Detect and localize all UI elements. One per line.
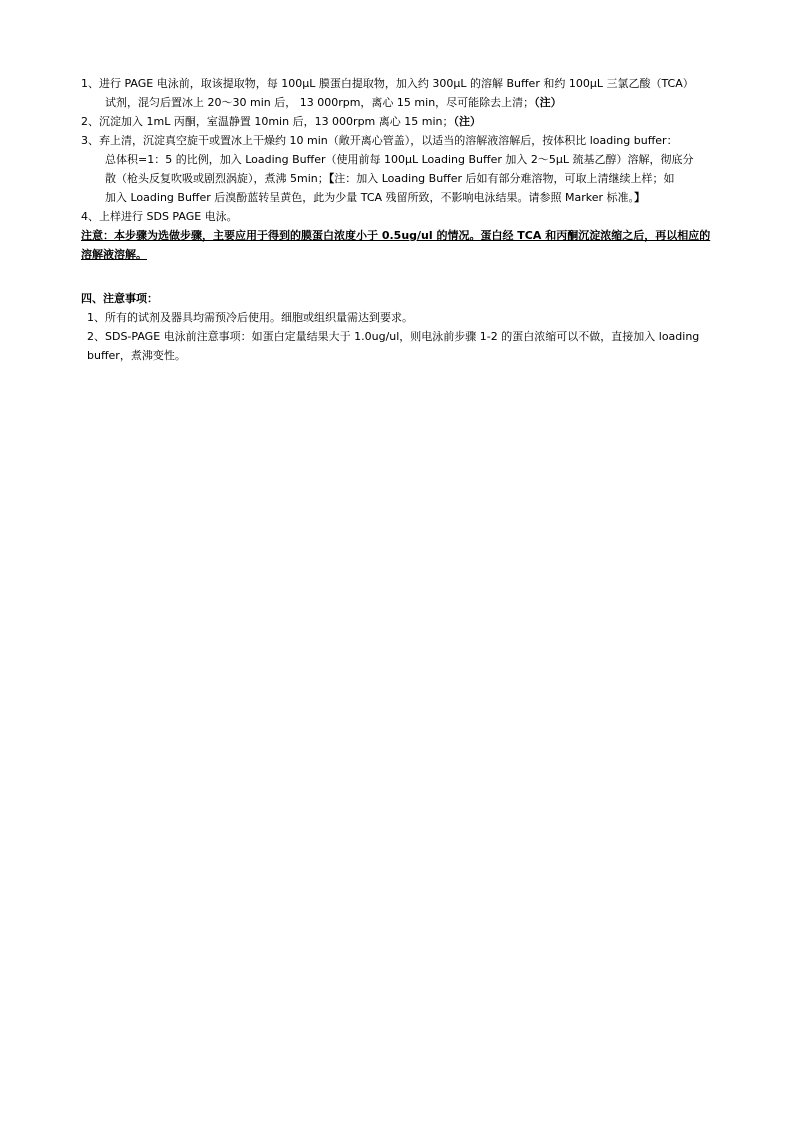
step-1-line-2-text: 试剂，混匀后置冰上 20～30 min 后， 13 000rpm，离心 15 m… bbox=[105, 96, 534, 109]
step-4-line-1: 4、上样进行 SDS PAGE 电泳。 bbox=[81, 207, 721, 226]
step-3-line-3-text: 散（枪头反复吹吸或剧烈涡旋），煮沸 5min； bbox=[105, 172, 329, 185]
document-page: 1、进行 PAGE 电泳前，取该提取物，每 100μL 膜蛋白提取物，加入约 3… bbox=[81, 74, 721, 365]
step-2-text: 2、沉淀加入 1mL 丙酮，室温静置 10min 后，13 000rpm 离心 … bbox=[81, 115, 454, 128]
step-3-line-3: 散（枪头反复吹吸或剧烈涡旋），煮沸 5min；【注：加入 Loading Buf… bbox=[81, 169, 721, 188]
step-1: 1、进行 PAGE 电泳前，取该提取物，每 100μL 膜蛋白提取物，加入约 3… bbox=[81, 74, 721, 112]
optional-step-note: 注意：本步骤为选做步骤，主要应用于得到的膜蛋白浓度小于 0.5ug/ul 的情况… bbox=[81, 226, 721, 264]
step-2: 2、沉淀加入 1mL 丙酮，室温静置 10min 后，13 000rpm 离心 … bbox=[81, 112, 721, 131]
step-3-line-1: 3、弃上清，沉淀真空旋干或置冰上干燥约 10 min（敞开离心管盖），以适当的溶… bbox=[81, 131, 721, 150]
step-1-line-1: 1、进行 PAGE 电泳前，取该提取物，每 100μL 膜蛋白提取物，加入约 3… bbox=[81, 74, 721, 93]
precaution-item-2: 2、SDS-PAGE 电泳前注意事项：如蛋白定量结果大于 1.0ug/ul，则电… bbox=[81, 327, 721, 365]
step-2-line-1: 2、沉淀加入 1mL 丙酮，室温静置 10min 后，13 000rpm 离心 … bbox=[81, 112, 721, 131]
step-3-line-4: 加入 Loading Buffer 后溴酚蓝转呈黄色，此为少量 TCA 残留所致… bbox=[81, 188, 721, 207]
section-heading: 四、注意事项： bbox=[81, 289, 721, 308]
bracket-close: 】 bbox=[634, 191, 645, 204]
step-3-line-2: 总体积=1：5 的比例，加入 Loading Buffer（使用前每 100μL… bbox=[81, 150, 721, 169]
bracket-note-text: 注：加入 Loading Buffer 后如有部分难溶物，可取上清继续上样；如 bbox=[334, 172, 674, 185]
step-4: 4、上样进行 SDS PAGE 电泳。 bbox=[81, 207, 721, 226]
step-3: 3、弃上清，沉淀真空旋干或置冰上干燥约 10 min（敞开离心管盖），以适当的溶… bbox=[81, 131, 721, 207]
step-3-line-4-text: 加入 Loading Buffer 后溴酚蓝转呈黄色，此为少量 TCA 残留所致… bbox=[105, 191, 634, 204]
note-marker: （注） bbox=[534, 96, 562, 109]
note-marker: （注） bbox=[454, 115, 482, 128]
step-1-line-2: 试剂，混匀后置冰上 20～30 min 后， 13 000rpm，离心 15 m… bbox=[81, 93, 721, 112]
spacer bbox=[81, 264, 721, 283]
precaution-item-1: 1、所有的试剂及器具均需预冷后使用。细胞或组织量需达到要求。 bbox=[81, 308, 721, 327]
